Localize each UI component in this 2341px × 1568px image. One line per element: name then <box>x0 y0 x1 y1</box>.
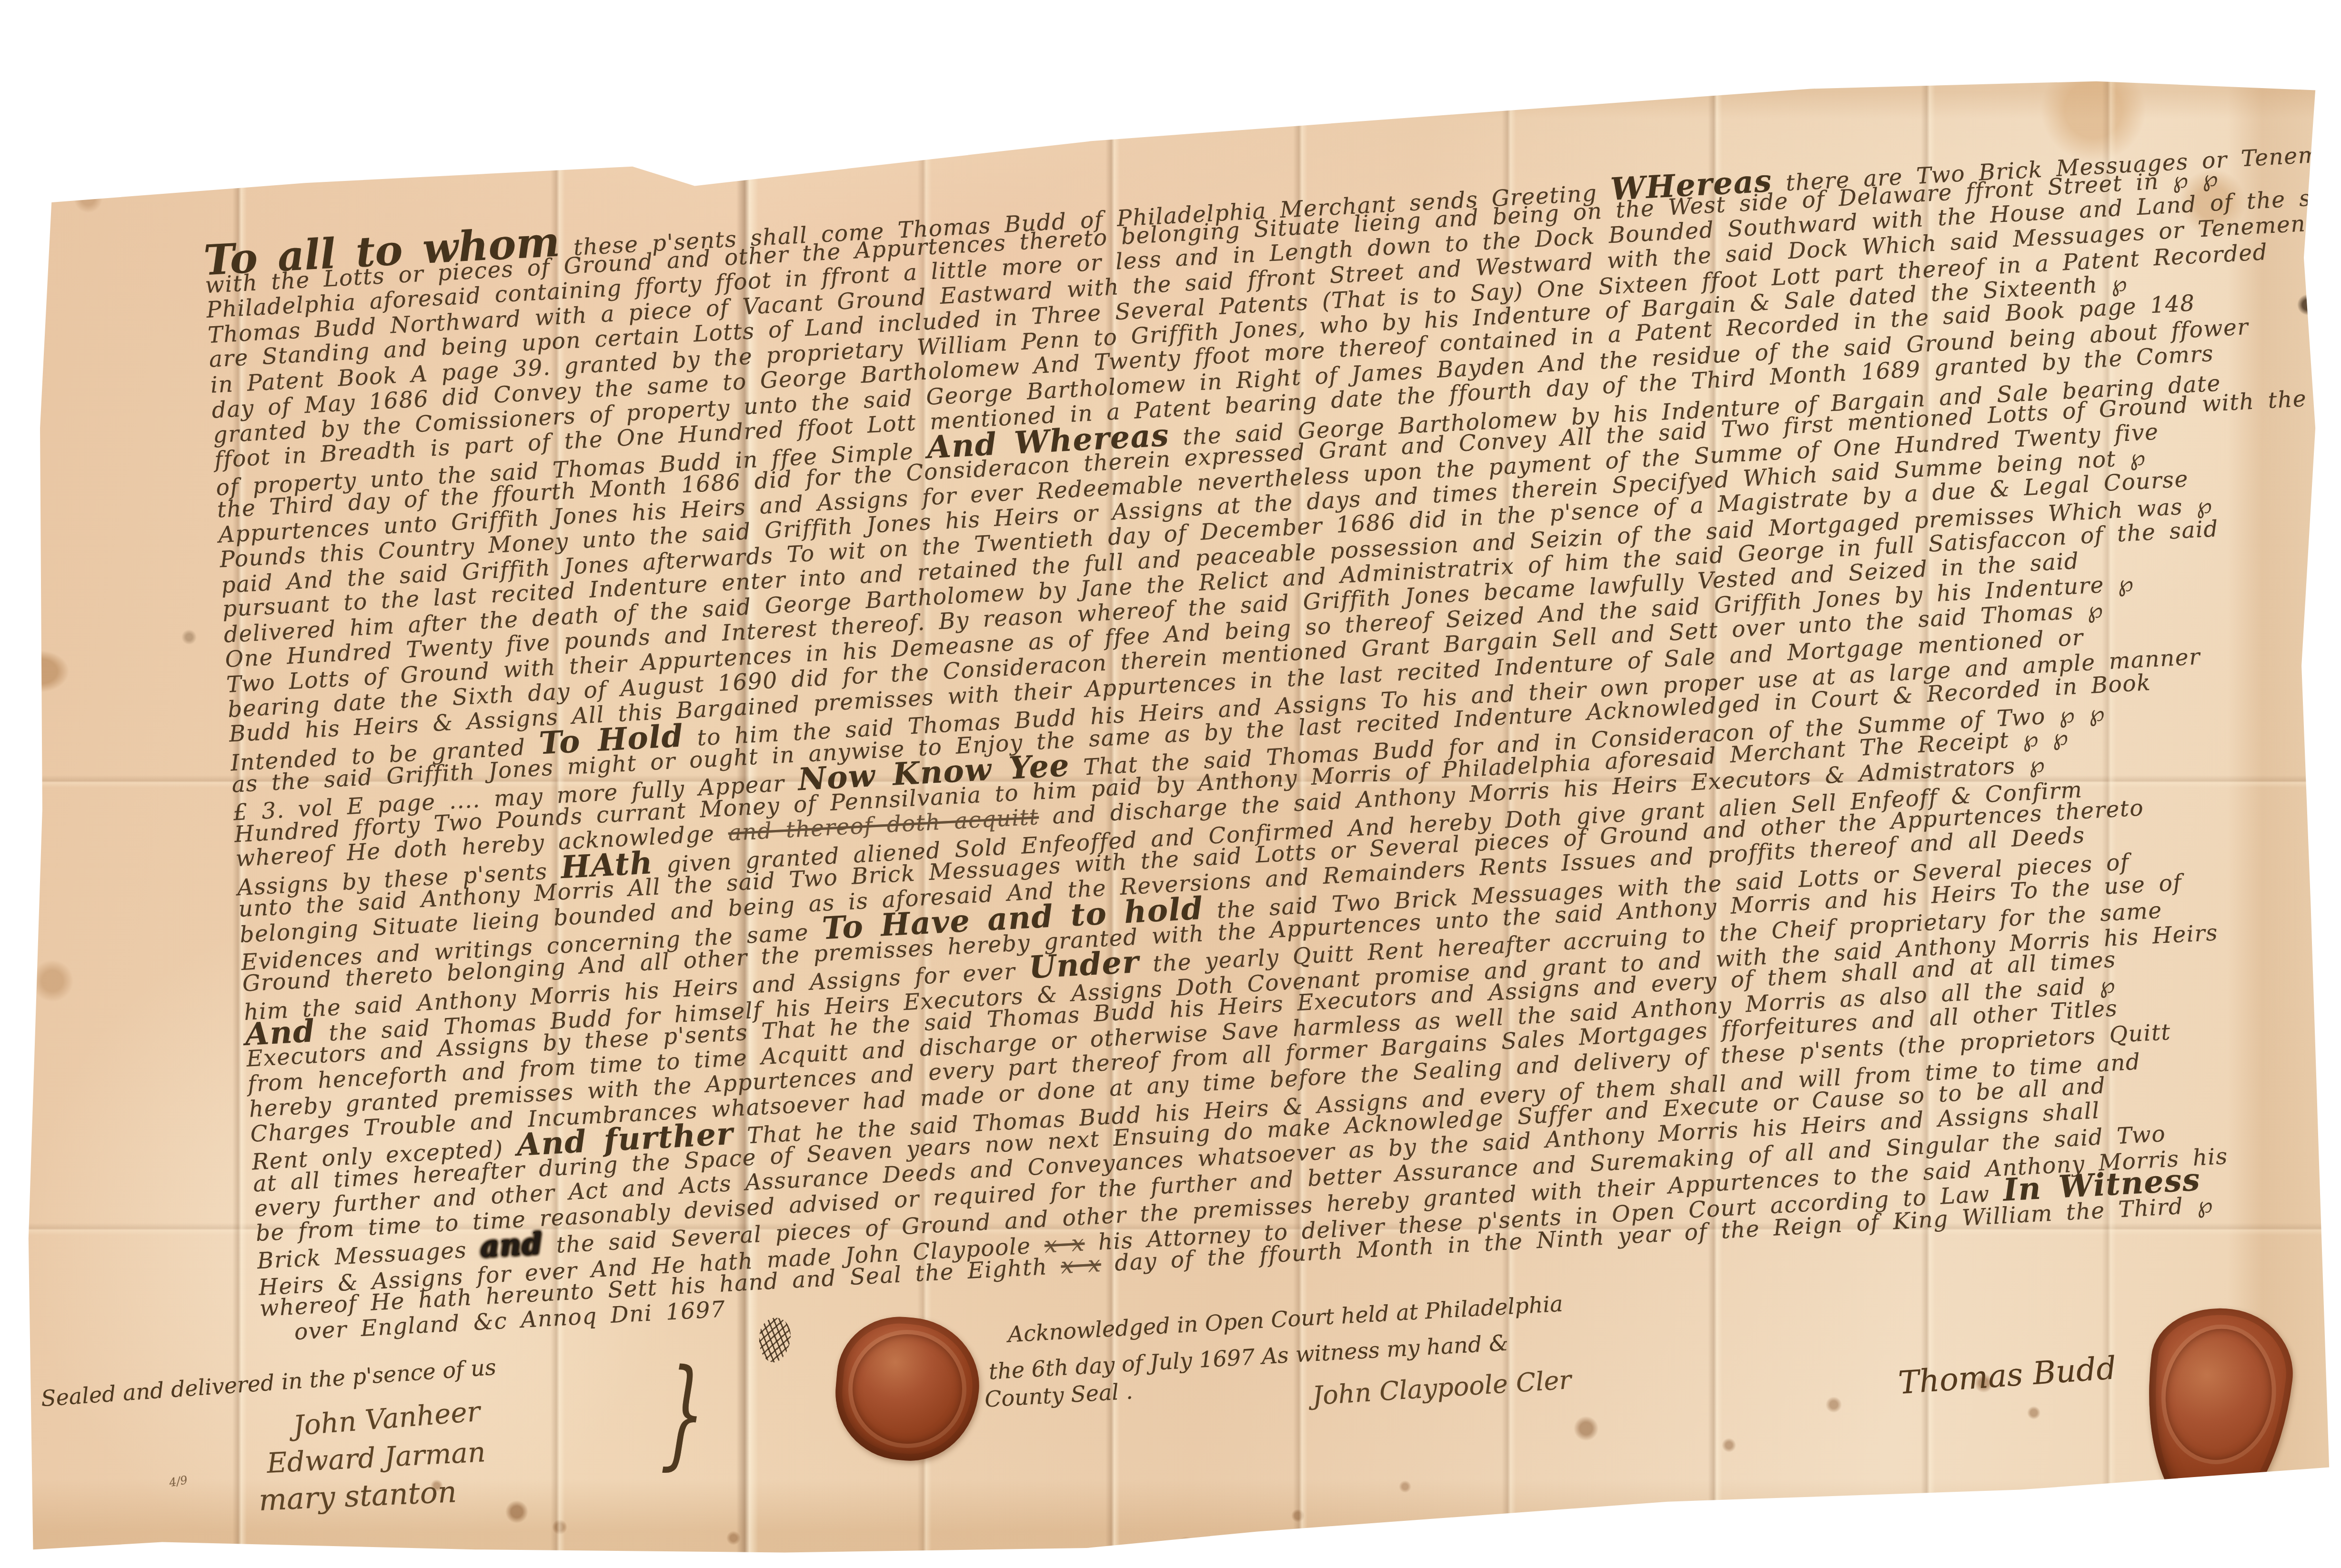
manuscript-segment: x x <box>1060 1251 1102 1279</box>
witness-signature: John Vanheer <box>292 1395 482 1442</box>
witness-signature: mary stanton <box>258 1474 458 1518</box>
witness-signature: Edward Jarman <box>266 1436 486 1479</box>
wax-seal-impression <box>844 1325 972 1453</box>
county-wax-seal-icon <box>830 1311 985 1466</box>
pen-knot-flourish-icon <box>755 1315 794 1365</box>
closing-brace-mark: } <box>660 1343 709 1483</box>
margin-pen-mark: 4/9 <box>168 1473 189 1489</box>
parchment-document: To all to whom these p'sents shall come … <box>26 74 2331 1568</box>
manuscript-text-block: To all to whom these p'sents shall come … <box>203 139 2312 1347</box>
grantor-wax-seal-icon <box>2132 1300 2300 1529</box>
clerk-signature: John Claypoole Cler <box>1312 1365 1572 1411</box>
wax-seal-impression <box>2153 1318 2284 1471</box>
photo-background: To all to whom these p'sents shall come … <box>0 0 2341 1568</box>
grantor-signature: Thomas Budd <box>1897 1349 2118 1401</box>
